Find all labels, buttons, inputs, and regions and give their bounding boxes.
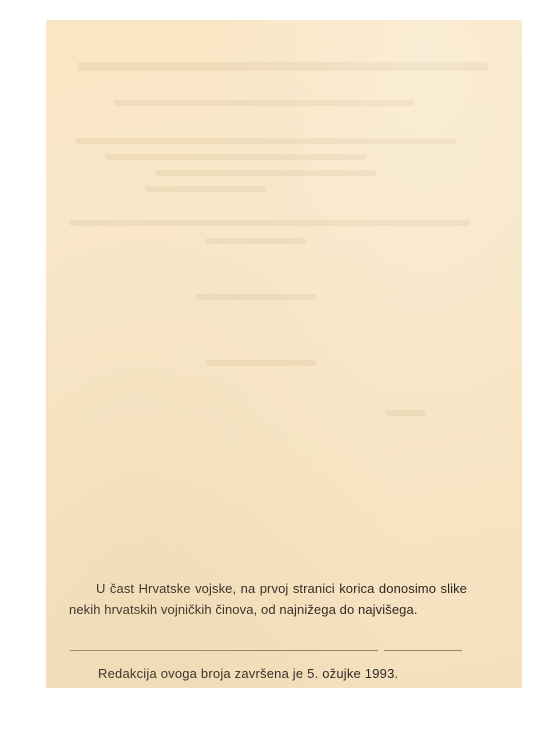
separator-line-short bbox=[384, 650, 462, 651]
bleed-through-line bbox=[146, 186, 266, 192]
bleed-through-line bbox=[114, 100, 414, 106]
bleed-through-line bbox=[76, 138, 456, 144]
dedication-text: U čast Hrvatske vojske, na prvoj stranic… bbox=[69, 578, 467, 620]
bleed-through-line bbox=[386, 410, 426, 416]
dedication-paragraph: U čast Hrvatske vojske, na prvoj stranic… bbox=[69, 578, 467, 620]
bleed-through-line bbox=[206, 360, 316, 366]
bleed-through-line bbox=[78, 62, 488, 71]
scanned-page: U čast Hrvatske vojske, na prvoj stranic… bbox=[46, 20, 522, 688]
bleed-through-line bbox=[70, 220, 470, 226]
bleed-through-line bbox=[156, 170, 376, 176]
editorial-note: Redakcija ovoga broja završena je 5. ožu… bbox=[98, 666, 398, 681]
bleed-through-line bbox=[206, 238, 306, 244]
separator-line bbox=[70, 650, 378, 651]
bleed-through-line bbox=[106, 154, 366, 160]
bleed-through-line bbox=[196, 294, 316, 300]
